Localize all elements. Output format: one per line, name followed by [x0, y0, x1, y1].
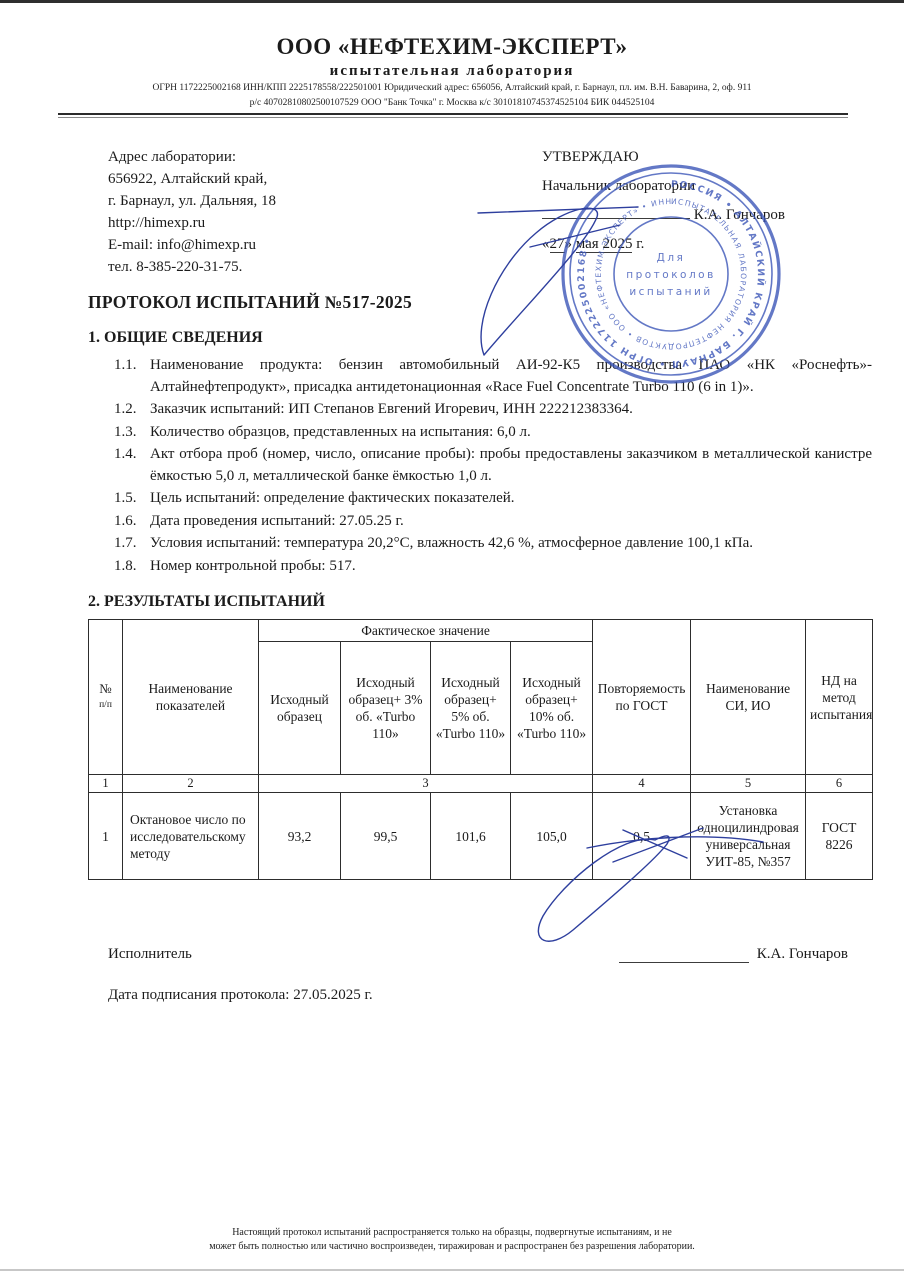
lab-address-line: 656922, Алтайский край, — [108, 168, 438, 190]
item-number: 1.5. — [114, 488, 150, 510]
index-cell: 3 — [259, 775, 593, 793]
date-day: 27 — [550, 236, 565, 253]
approver-signature-line: К.А. Гончаров — [542, 204, 872, 226]
index-cell: 5 — [691, 775, 806, 793]
number-sub: п/п — [93, 697, 118, 714]
signing-date: Дата подписания протокола: 27.05.2025 г. — [88, 987, 872, 1004]
approver-position: Начальник лаборатории — [542, 175, 872, 197]
lab-address-line: г. Барнаул, ул. Дальняя, 18 — [108, 190, 438, 212]
signoff-block: Исполнитель К.А. Гончаров Дата подписани… — [88, 946, 872, 1004]
item-text: Акт отбора проб (номер, число, описание … — [150, 444, 872, 487]
footer-disclaimer: Настоящий протокол испытаний распростран… — [152, 1226, 752, 1254]
list-item: 1.6.Дата проведения испытаний: 27.05.25 … — [88, 511, 872, 533]
item-number: 1.3. — [114, 422, 150, 444]
approver-name: К.А. Гончаров — [694, 207, 785, 223]
company-name: ООО «НЕФТЕХИМ-ЭКСПЕРТ» — [0, 34, 904, 60]
index-cell: 1 — [89, 775, 123, 793]
section-2-title: 2. РЕЗУЛЬТАТЫ ИСПЫТАНИЙ — [88, 593, 872, 611]
col-header-method: НД на метод испытания — [806, 620, 873, 775]
executor-label: Исполнитель — [108, 946, 192, 963]
row-number: 1 — [89, 793, 123, 880]
registration-line-1: ОГРН 1172225002168 ИНН/КПП 2225178558/22… — [0, 83, 904, 95]
page-top-edge — [0, 0, 904, 3]
index-cell: 6 — [806, 775, 873, 793]
footer-line-1: Настоящий протокол испытаний распростран… — [152, 1226, 752, 1240]
col-header-base-sample: Исходный образец — [259, 642, 341, 775]
approval-block: УТВЕРЖДАЮ Начальник лаборатории К.А. Гон… — [542, 146, 872, 278]
table-row: 1 Октановое число по исследовательскому … — [89, 793, 873, 880]
letterhead: ООО «НЕФТЕХИМ-ЭКСПЕРТ» испытательная лаб… — [0, 34, 904, 109]
item-number: 1.2. — [114, 399, 150, 421]
repeatability-value: 0,5 — [593, 793, 691, 880]
indicator-name: Октановое число по исследовательскому ме… — [123, 793, 259, 880]
col-header-sample-10pct: Исходный образец+ 10% об. «Turbo 110» — [511, 642, 593, 775]
value-5pct: 101,6 — [431, 793, 511, 880]
col-header-indicator-name: Наименование показателей — [123, 620, 259, 775]
date-suffix: г. — [636, 236, 644, 252]
signature-blank — [542, 204, 690, 219]
lab-email: E-mail: info@himexp.ru — [108, 234, 438, 256]
lab-subtitle: испытательная лаборатория — [0, 63, 904, 80]
col-group-actual-value: Фактическое значение — [259, 620, 593, 642]
method-standard: ГОСТ 8226 — [806, 793, 873, 880]
number-sign: № — [93, 680, 118, 697]
list-item: 1.2.Заказчик испытаний: ИП Степанов Евге… — [88, 399, 872, 421]
item-number: 1.8. — [114, 556, 150, 578]
page-bottom-edge — [0, 1269, 904, 1271]
list-item: 1.1.Наименование продукта: бензин автомо… — [88, 355, 872, 398]
list-item: 1.4.Акт отбора проб (номер, число, описа… — [88, 444, 872, 487]
value-3pct: 99,5 — [341, 793, 431, 880]
item-text: Количество образцов, представленных на и… — [150, 422, 872, 444]
executor-name: К.А. Гончаров — [757, 946, 848, 963]
equipment-name: Установка одноцилиндровая универсальная … — [691, 793, 806, 880]
list-item: 1.5.Цель испытаний: определение фактичес… — [88, 488, 872, 510]
col-header-sample-3pct: Исходный образец+ 3% об. «Turbo 110» — [341, 642, 431, 775]
lab-phone: тел. 8-385-220-31-75. — [108, 256, 438, 278]
executor-signature-blank — [619, 949, 749, 963]
date-quote-open: « — [542, 236, 550, 252]
protocol-title: ПРОТОКОЛ ИСПЫТАНИЙ №517-2025 — [88, 292, 872, 313]
value-10pct: 105,0 — [511, 793, 593, 880]
value-base: 93,2 — [259, 793, 341, 880]
item-text: Условия испытаний: температура 20,2°С, в… — [150, 533, 872, 555]
item-text: Номер контрольной пробы: 517. — [150, 556, 872, 578]
col-header-equipment: Наименование СИ, ИО — [691, 620, 806, 775]
approval-date: «27» мая 2025 г. — [542, 233, 872, 255]
lab-address-line: Адрес лаборатории: — [108, 146, 438, 168]
item-number: 1.4. — [114, 444, 150, 487]
date-month-year: мая 2025 — [576, 236, 633, 253]
list-item: 1.8.Номер контрольной пробы: 517. — [88, 556, 872, 578]
lab-address-block: Адрес лаборатории: 656922, Алтайский кра… — [88, 146, 438, 278]
lab-website: http://himexp.ru — [108, 212, 438, 234]
footer-line-2: может быть полностью или частично воспро… — [152, 1240, 752, 1254]
col-header-sample-5pct: Исходный образец+ 5% об. «Turbo 110» — [431, 642, 511, 775]
section-1-title: 1. ОБЩИЕ СВЕДЕНИЯ — [88, 329, 872, 347]
item-text: Дата проведения испытаний: 27.05.25 г. — [150, 511, 872, 533]
item-number: 1.6. — [114, 511, 150, 533]
general-info-list: 1.1.Наименование продукта: бензин автомо… — [88, 355, 872, 577]
registration-line-2: р/с 40702810802500107529 ООО "Банк Точка… — [0, 98, 904, 110]
letterhead-divider — [58, 113, 848, 118]
item-number: 1.7. — [114, 533, 150, 555]
list-item: 1.3.Количество образцов, представленных … — [88, 422, 872, 444]
date-quote-close: » — [565, 236, 573, 252]
item-number: 1.1. — [114, 355, 150, 398]
index-cell: 2 — [123, 775, 259, 793]
item-text: Наименование продукта: бензин автомобиль… — [150, 355, 872, 398]
results-table: №п/п Наименование показателей Фактическо… — [88, 619, 873, 880]
item-text: Заказчик испытаний: ИП Степанов Евгений … — [150, 399, 872, 421]
item-text: Цель испытаний: определение фактических … — [150, 488, 872, 510]
col-header-number: №п/п — [89, 620, 123, 775]
index-cell: 4 — [593, 775, 691, 793]
col-header-repeatability: Повторяемость по ГОСТ — [593, 620, 691, 775]
approve-label: УТВЕРЖДАЮ — [542, 146, 872, 168]
document-body: Адрес лаборатории: 656922, Алтайский кра… — [88, 146, 872, 1004]
list-item: 1.7.Условия испытаний: температура 20,2°… — [88, 533, 872, 555]
